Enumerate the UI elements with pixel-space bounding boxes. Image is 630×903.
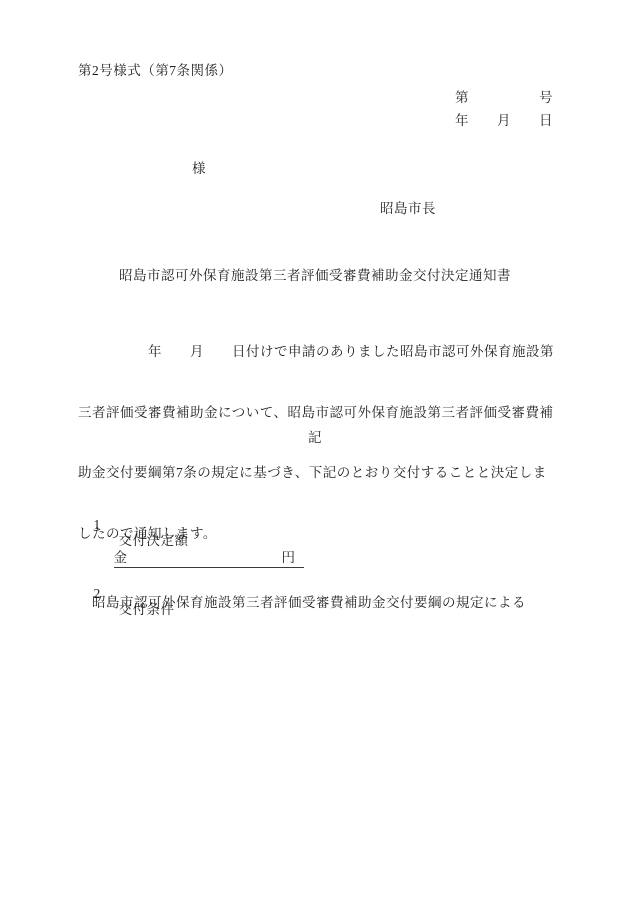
amount-suffix-en: 円: [282, 550, 296, 566]
date-line: 年 月 日: [455, 113, 553, 129]
sender-mayor-line: 昭島市長: [380, 201, 436, 217]
grant-conditions-body: 昭島市認可外保育施設第三者評価受審費補助金交付要綱の規定による: [92, 595, 526, 611]
document-title: 昭島市認可外保育施設第三者評価受審費補助金交付決定通知書: [0, 268, 630, 284]
amount-blank-field: 金 円: [114, 550, 304, 568]
form-number-line: 第2号様式（第7条関係）: [78, 63, 233, 79]
item-number: 1: [94, 517, 101, 533]
addressee-honorific: 様: [192, 161, 206, 177]
record-marker: 記: [0, 430, 630, 446]
item-label-grant-amount: 交付決定額: [119, 533, 189, 549]
body-line: 年 月 日付けで申請のありました昭島市認可外保育施設第: [78, 338, 560, 366]
body-line: 三者評価受審費補助金について、昭島市認可外保育施設第三者評価受審費補: [78, 399, 560, 427]
body-line: 助金交付要綱第7条の規定に基づき、下記のとおり交付することと決定しま: [78, 459, 560, 487]
amount-prefix-yen-kanji: 金: [114, 550, 128, 566]
document-number-line: 第 号: [455, 90, 553, 106]
document-page: 第2号様式（第7条関係） 第 号 年 月 日 様 昭島市長 昭島市認可外保育施設…: [0, 0, 630, 903]
